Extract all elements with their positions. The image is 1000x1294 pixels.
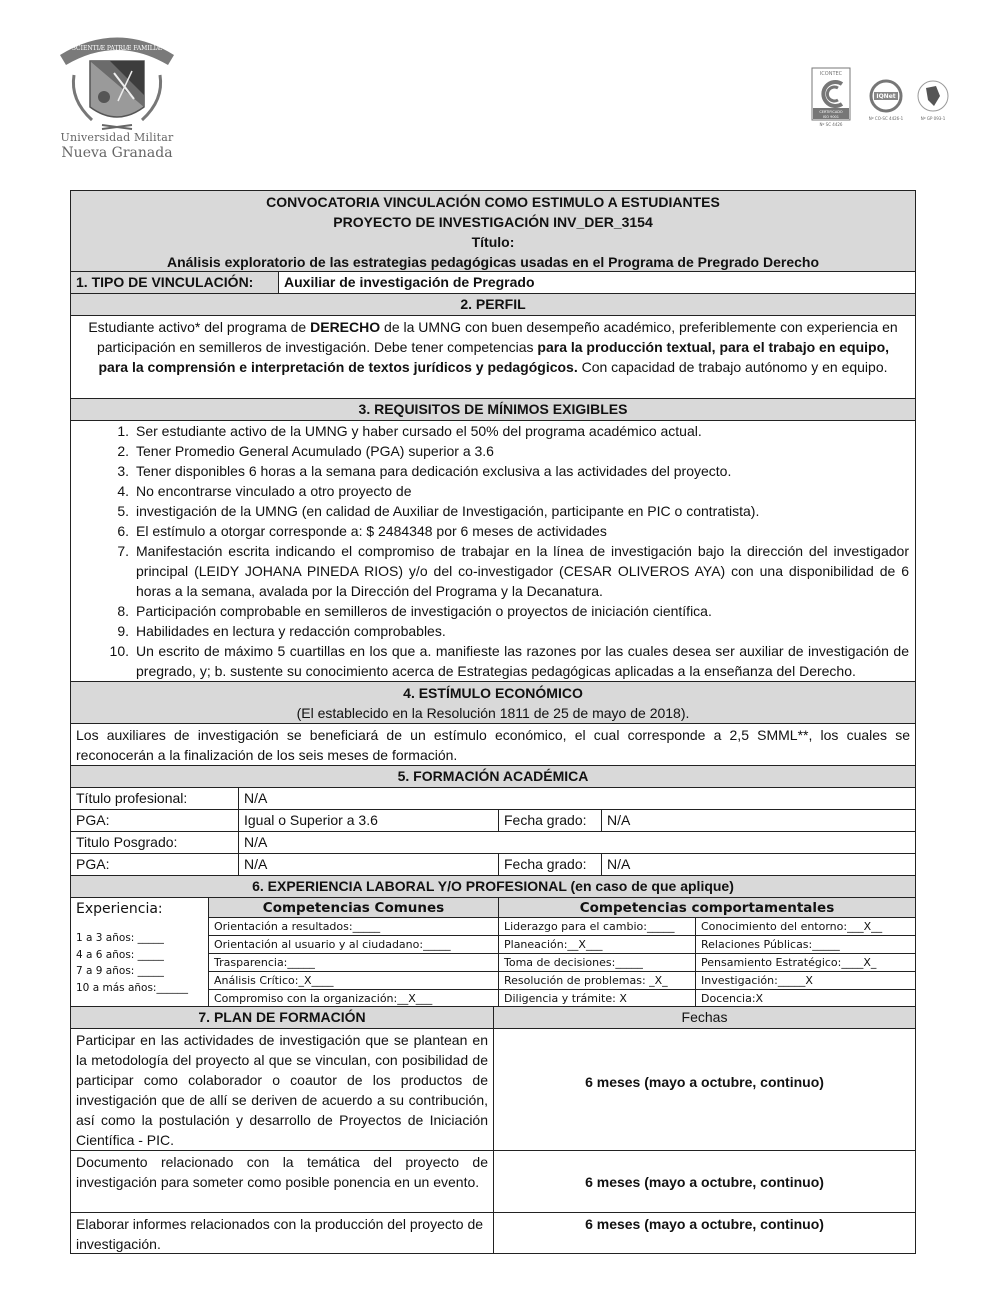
experiencia-range-1-3: 1 a 3 años: _____ — [76, 930, 203, 947]
fecha-grado-posgrado-label: Fecha grado: — [498, 853, 602, 876]
ntcgp-logo-icon: Nº GP 093-1 — [918, 81, 948, 121]
plan-fecha-text: 6 meses (mayo a octubre, continuo) — [585, 1172, 824, 1192]
competencias-comportamentales-heading: Competencias comportamentales — [498, 897, 916, 918]
pga-posgrado-label: PGA: — [70, 853, 239, 876]
plan-fechas-heading: Fechas — [493, 1006, 916, 1029]
plan-activity: Participar en las actividades de investi… — [70, 1028, 494, 1151]
section-estimulo-subheading: (El establecido en la Resolución 1811 de… — [71, 703, 915, 723]
requisito-item: 8.Participación comprobable en semillero… — [136, 601, 909, 621]
competencia-comportamental-item: Toma de decisiones:_____ — [498, 953, 696, 972]
experiencia-range-4-6: 4 a 6 años: _____ — [76, 947, 203, 964]
fecha-grado-posgrado-value: N/A — [601, 853, 916, 876]
plan-fecha-text: 6 meses (mayo a octubre, continuo) — [585, 1072, 824, 1092]
competencia-comportamental-item: Docencia:X — [695, 989, 916, 1007]
requisitos-list: 1.Ser estudiante activo de la UMNG y hab… — [71, 421, 915, 681]
plan-fecha: 6 meses (mayo a octubre, continuo) — [493, 1028, 916, 1151]
competencias-comunes-heading: Competencias Comunes — [208, 897, 499, 918]
section-formacion-heading: 5. FORMACIÓN ACADÉMICA — [70, 765, 916, 788]
perfil-body: Estudiante activo* del programa de DEREC… — [70, 315, 916, 399]
plan-fecha: 6 meses (mayo a octubre, continuo) — [493, 1212, 916, 1254]
plan-activity: Documento relacionado con la temática de… — [70, 1150, 494, 1213]
competencia-comportamental-item: Conocimiento del entorno:___X__ — [695, 917, 916, 936]
perfil-text-2: DERECHO — [310, 319, 380, 335]
requisito-item: 3.Tener disponibles 6 horas a la semana … — [136, 461, 909, 481]
requisito-item: 5.investigación de la UMNG (en calidad d… — [136, 501, 909, 521]
titulo-posgrado-value: N/A — [238, 831, 916, 854]
section-experiencia-heading: 6. EXPERIENCIA LABORAL Y/O PROFESIONAL (… — [70, 875, 916, 898]
competencia-comun-item: Trasparencia:_____ — [208, 953, 499, 972]
svg-text:Nº CO-SC 4426-1: Nº CO-SC 4426-1 — [869, 116, 904, 121]
experiencia-range-10-plus: 10 a más años:______ — [76, 980, 203, 997]
university-name-line1: Universidad Militar — [52, 131, 182, 144]
icontec-logo-icon: ICONTEC CERTIFICADO ISO 9001 Nº SC 4426 — [812, 68, 850, 127]
pga-value: Igual o Superior a 3.6 — [238, 809, 499, 832]
requisito-item: 6.El estímulo a otorgar corresponde a: $… — [136, 521, 909, 541]
titulo-profesional-value: N/A — [238, 787, 916, 810]
competencia-comportamental-item: Liderazgo para el cambio:_____ — [498, 917, 696, 936]
experiencia-years-block: Experiencia: 1 a 3 años: _____ 4 a 6 año… — [70, 897, 209, 1007]
pga-label: PGA: — [70, 809, 239, 832]
svg-text:ICONTEC: ICONTEC — [820, 71, 843, 77]
section-estimulo-heading-block: 4. ESTÍMULO ECONÓMICO (El establecido en… — [70, 681, 916, 724]
requisitos-list-container: 1.Ser estudiante activo de la UMNG y hab… — [70, 420, 916, 682]
iqnet-logo-icon: IQNet Nº CO-SC 4426-1 — [869, 81, 904, 121]
fecha-grado-label: Fecha grado: — [498, 809, 602, 832]
competencia-comportamental-item: Investigación:_____X — [695, 971, 916, 990]
requisito-item: 9.Habilidades en lectura y redacción com… — [136, 621, 909, 641]
competencia-comportamental-item: Diligencia y trámite: X — [498, 989, 696, 1007]
svg-text:Nº SC 4426: Nº SC 4426 — [820, 122, 843, 127]
competencia-comun-item: Orientación al usuario y al ciudadano:__… — [208, 935, 499, 954]
section-estimulo-heading: 4. ESTÍMULO ECONÓMICO — [71, 683, 915, 703]
svg-text:SCIENTIÆ PATRIÆ FAMILIÆ: SCIENTIÆ PATRIÆ FAMILIÆ — [72, 45, 162, 52]
perfil-text-5: Con capacidad de trabajo autónomo y en e… — [578, 359, 888, 375]
plan-activity: Elaborar informes relacionados con la pr… — [70, 1212, 494, 1254]
university-crest-icon: SCIENTIÆ PATRIÆ FAMILIÆ — [52, 25, 182, 165]
title-line-convocatoria: CONVOCATORIA VINCULACIÓN COMO ESTIMULO A… — [71, 192, 915, 212]
requisito-item: 2.Tener Promedio General Acumulado (PGA)… — [136, 441, 909, 461]
fecha-grado-value: N/A — [601, 809, 916, 832]
competencia-comun-item: Análisis Crítico:_X____ — [208, 971, 499, 990]
estimulo-body: Los auxiliares de investigación se benef… — [70, 723, 916, 766]
requisito-item: 7.Manifestación escrita indicando el com… — [136, 541, 909, 601]
svg-text:Nº GP 093-1: Nº GP 093-1 — [921, 116, 946, 121]
competencia-comportamental-item: Planeación:__X___ — [498, 935, 696, 954]
experiencia-label: Experiencia: — [76, 898, 203, 920]
plan-fecha: 6 meses (mayo a octubre, continuo) — [493, 1150, 916, 1213]
title-line-proyecto: PROYECTO DE INVESTIGACIÓN INV_DER_3154 — [71, 212, 915, 232]
title-block: CONVOCATORIA VINCULACIÓN COMO ESTIMULO A… — [70, 190, 916, 272]
competencia-comun-item: Compromiso con la organización:__X___ — [208, 989, 499, 1007]
perfil-text-1: Estudiante activo* del programa de — [88, 319, 310, 335]
tipo-vinculacion-value: Auxiliar de investigación de Pregrado — [278, 271, 916, 294]
title-line-project-title: Análisis exploratorio de las estrategias… — [71, 252, 915, 272]
university-name-line2: Nueva Granada — [52, 145, 182, 161]
titulo-posgrado-label: Titulo Posgrado: — [70, 831, 239, 854]
pga-posgrado-value: N/A — [238, 853, 499, 876]
tipo-vinculacion-label: 1. TIPO DE VINCULACIÓN: — [70, 271, 279, 294]
competencia-comportamental-item: Relaciones Públicas:_____ — [695, 935, 916, 954]
university-logo: SCIENTIÆ PATRIÆ FAMILIÆ Universidad Mili… — [52, 25, 182, 165]
titulo-profesional-label: Título profesional: — [70, 787, 239, 810]
section-requisitos-heading: 3. REQUISITOS DE MÍNIMOS EXIGIBLES — [70, 398, 916, 421]
svg-text:IQNet: IQNet — [876, 93, 895, 100]
section-perfil-heading: 2. PERFIL — [70, 293, 916, 316]
competencia-comportamental-item: Pensamiento Estratégico:____X_ — [695, 953, 916, 972]
competencia-comportamental-item: Resolución de problemas: _X_ — [498, 971, 696, 990]
experiencia-range-7-9: 7 a 9 años: _____ — [76, 963, 203, 980]
competencia-comun-item: Orientación a resultados:_____ — [208, 917, 499, 936]
svg-text:CERTIFICADO: CERTIFICADO — [819, 110, 843, 114]
plan-fecha-text: 6 meses (mayo a octubre, continuo) — [585, 1216, 824, 1232]
svg-text:ISO 9001: ISO 9001 — [823, 115, 839, 119]
requisito-item: 10.Un escrito de máximo 5 cuartillas en … — [136, 641, 909, 681]
requisito-item: 4.No encontrarse vinculado a otro proyec… — [136, 481, 909, 501]
certification-logos: ICONTEC CERTIFICADO ISO 9001 Nº SC 4426 … — [808, 66, 953, 132]
requisito-item: 1.Ser estudiante activo de la UMNG y hab… — [136, 421, 909, 441]
section-plan-heading: 7. PLAN DE FORMACIÓN — [70, 1006, 494, 1029]
title-line-titulo-label: Título: — [71, 232, 915, 252]
